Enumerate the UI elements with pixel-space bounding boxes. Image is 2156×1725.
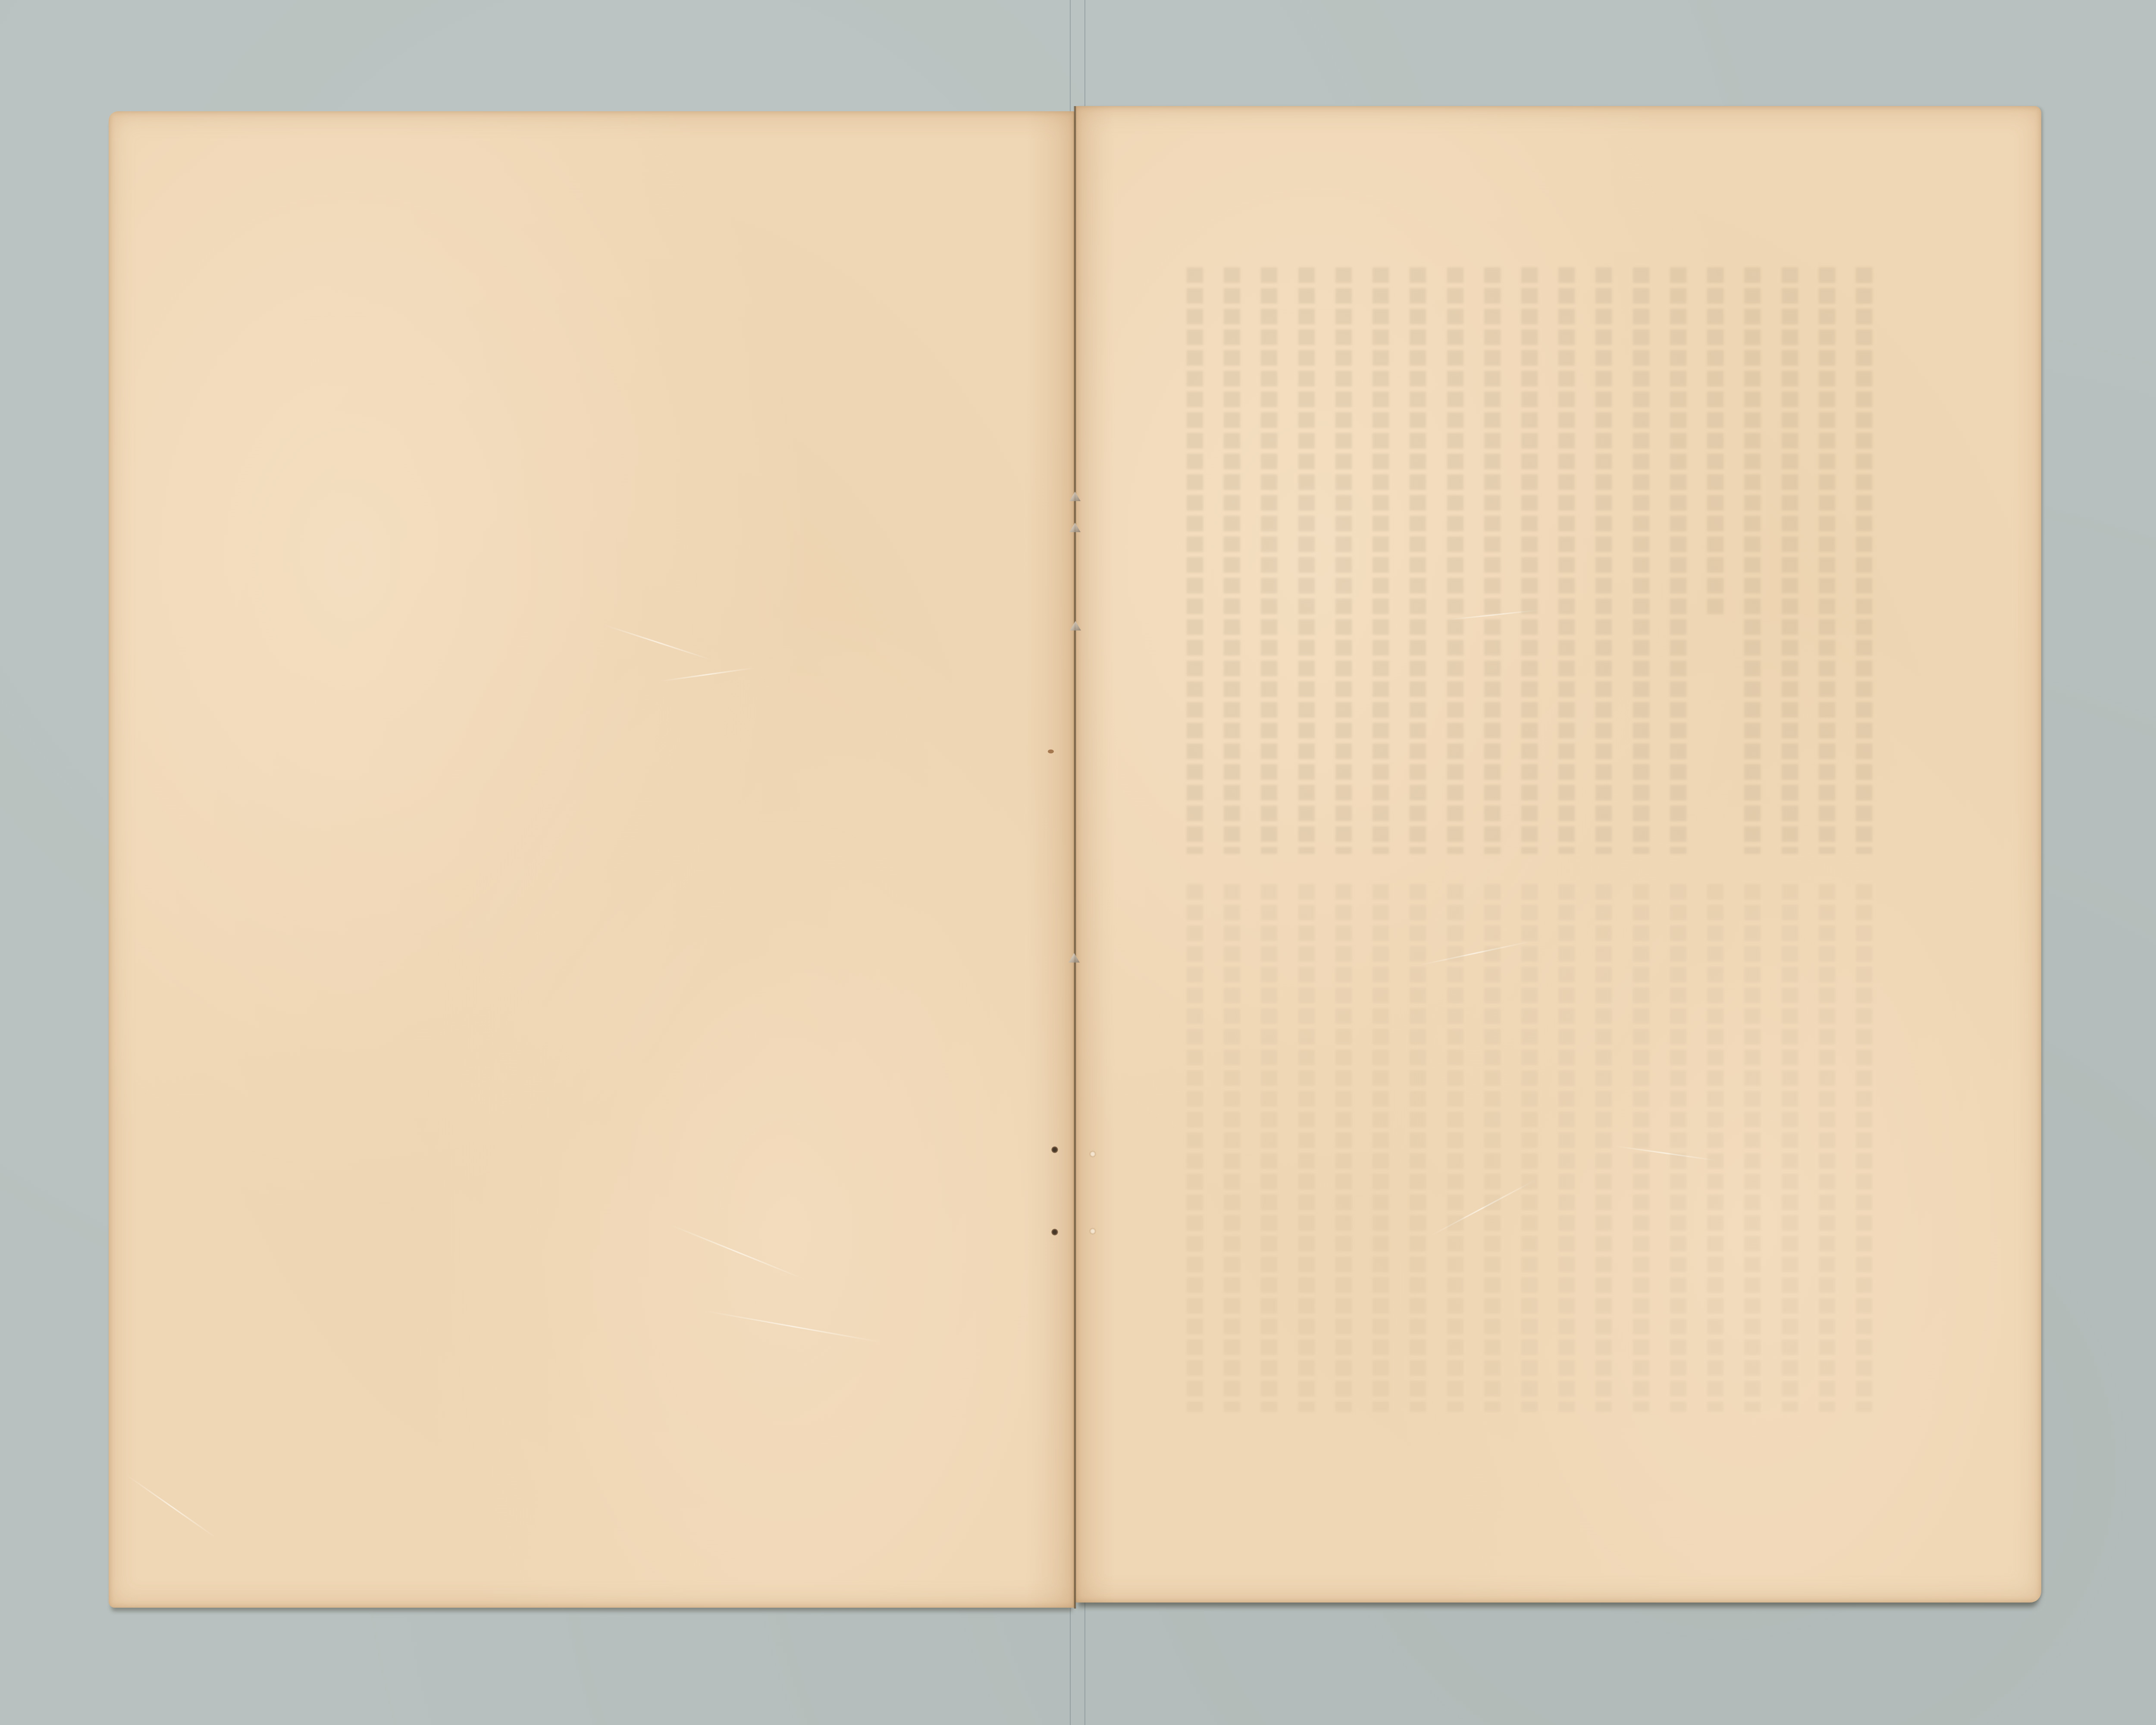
show-through-column — [1261, 267, 1277, 854]
show-through-column — [1558, 267, 1575, 854]
show-through-column — [1670, 267, 1686, 854]
show-through-column — [1856, 267, 1872, 854]
show-through-column — [1410, 267, 1426, 854]
show-through-column — [1819, 267, 1835, 854]
show-through-column — [1782, 884, 1798, 1412]
show-through-column — [1484, 884, 1501, 1412]
show-through-column — [1633, 884, 1649, 1412]
show-through-column — [1744, 884, 1761, 1412]
show-through-column — [1595, 884, 1612, 1412]
show-through-column — [1373, 884, 1389, 1412]
show-through-column — [1224, 884, 1240, 1412]
show-through-column — [1484, 267, 1501, 854]
show-through-column — [1670, 884, 1686, 1412]
show-through-column — [1819, 884, 1835, 1412]
show-through-column — [1335, 884, 1352, 1412]
show-through-column — [1187, 267, 1203, 854]
show-through-column — [1707, 267, 1724, 619]
paper-texture — [109, 111, 1075, 1608]
show-through-column — [1856, 884, 1872, 1412]
gutter-shadow-left — [1026, 111, 1075, 1608]
show-through-column — [1707, 884, 1724, 1412]
gutter-shadow-right — [1076, 106, 1115, 1603]
show-through-column — [1782, 267, 1798, 854]
book-gutter-fold — [1074, 106, 1076, 1609]
show-through-column — [1595, 267, 1612, 854]
show-through-column — [1633, 267, 1649, 854]
show-through-column — [1187, 884, 1203, 1412]
show-through-text-columns-lower — [1187, 884, 1872, 1617]
show-through-column — [1744, 267, 1761, 854]
show-through-column — [1261, 884, 1277, 1412]
show-through-column — [1447, 884, 1463, 1412]
show-through-column — [1558, 884, 1575, 1412]
show-through-column — [1521, 884, 1538, 1412]
show-through-column — [1335, 267, 1352, 854]
show-through-column — [1373, 267, 1389, 854]
show-through-text-columns — [1187, 267, 1872, 854]
show-through-column — [1298, 884, 1315, 1412]
show-through-column — [1298, 267, 1315, 854]
show-through-column — [1224, 267, 1240, 854]
show-through-column — [1447, 267, 1463, 854]
left-page — [109, 111, 1075, 1608]
show-through-column — [1521, 267, 1538, 854]
show-through-column — [1410, 884, 1426, 1412]
